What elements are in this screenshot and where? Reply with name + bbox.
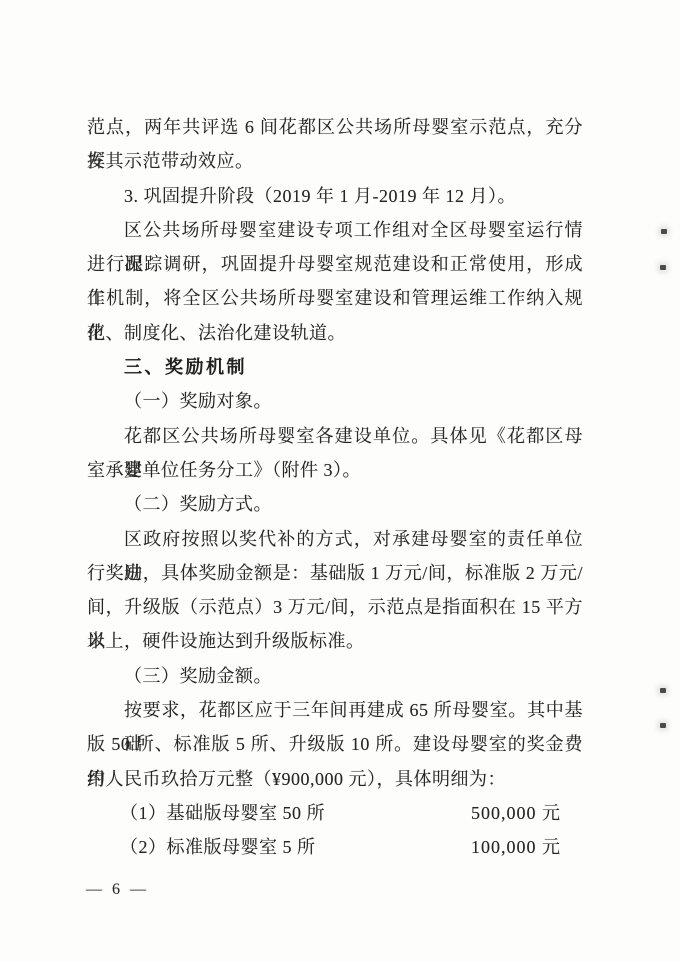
scan-artifact-binding-hole <box>660 688 666 693</box>
subsection-heading: （三）奖励金额。 <box>87 659 583 693</box>
text-line: 区政府按照以奖代补的方式，对承建母婴室的责任单位进 <box>87 522 583 556</box>
text-line: 区公共场所母婴室建设专项工作组对全区母婴室运行情况 <box>87 213 583 247</box>
reward-item-amount: 100,000 元 <box>471 830 561 864</box>
text-line: 约人民币玖拾万元整（¥900,000 元），具体明细为： <box>87 762 583 796</box>
text-line: 花都区公共场所母婴室各建设单位。具体见《花都区母婴 <box>87 419 583 453</box>
scan-artifact-binding-hole <box>660 723 666 728</box>
section-heading: 三、奖励机制 <box>87 350 583 384</box>
text-line: 版 50 所、标准版 5 所、升级版 10 所。建设母婴室的奖金费用 <box>87 727 583 761</box>
document-body: 范点，两年共评选 6 间花都区公共场所母婴室示范点，充分发 挥其示范带动效应。 … <box>87 110 583 865</box>
reward-item-label: （1）基础版母婴室 50 所 <box>87 796 325 830</box>
text-line: 进行跟踪调研，巩固提升母婴室规范建设和正常使用，形成工 <box>87 247 583 281</box>
text-line: 以上，硬件设施达到升级版标准。 <box>87 624 583 658</box>
reward-line-item: （1）基础版母婴室 50 所 500,000 元 <box>87 796 583 830</box>
scanned-document-page: 范点，两年共评选 6 间花都区公共场所母婴室示范点，充分发 挥其示范带动效应。 … <box>0 0 680 962</box>
reward-item-label: （2）标准版母婴室 5 所 <box>87 830 316 864</box>
reward-item-amount: 500,000 元 <box>471 796 561 830</box>
reward-line-item: （2）标准版母婴室 5 所 100,000 元 <box>87 830 583 864</box>
text-line: 按要求，花都区应于三年间再建成 65 所母婴室。其中基础 <box>87 693 583 727</box>
text-line: 行奖励，具体奖励金额是：基础版 1 万元/间，标准版 2 万元/ <box>87 556 583 590</box>
subsection-heading: （一）奖励对象。 <box>87 384 583 418</box>
text-line: 化、制度化、法治化建设轨道。 <box>87 316 583 350</box>
text-line: 范点，两年共评选 6 间花都区公共场所母婴室示范点，充分发 <box>87 110 583 144</box>
text-line: 挥其示范带动效应。 <box>87 144 583 178</box>
scan-artifact-binding-hole <box>660 265 666 270</box>
text-line: 3. 巩固提升阶段（2019 年 1 月-2019 年 12 月）。 <box>87 179 583 213</box>
page-number: — 6 — <box>86 881 149 899</box>
text-line: 室承建单位任务分工》（附件 3）。 <box>87 453 583 487</box>
scan-artifact-binding-hole <box>661 229 667 234</box>
text-line: 作机制，将全区公共场所母婴室建设和管理运维工作纳入规范 <box>87 281 583 315</box>
subsection-heading: （二）奖励方式。 <box>87 487 583 521</box>
text-line: 间，升级版（示范点）3 万元/间，示范点是指面积在 15 平方米 <box>87 590 583 624</box>
